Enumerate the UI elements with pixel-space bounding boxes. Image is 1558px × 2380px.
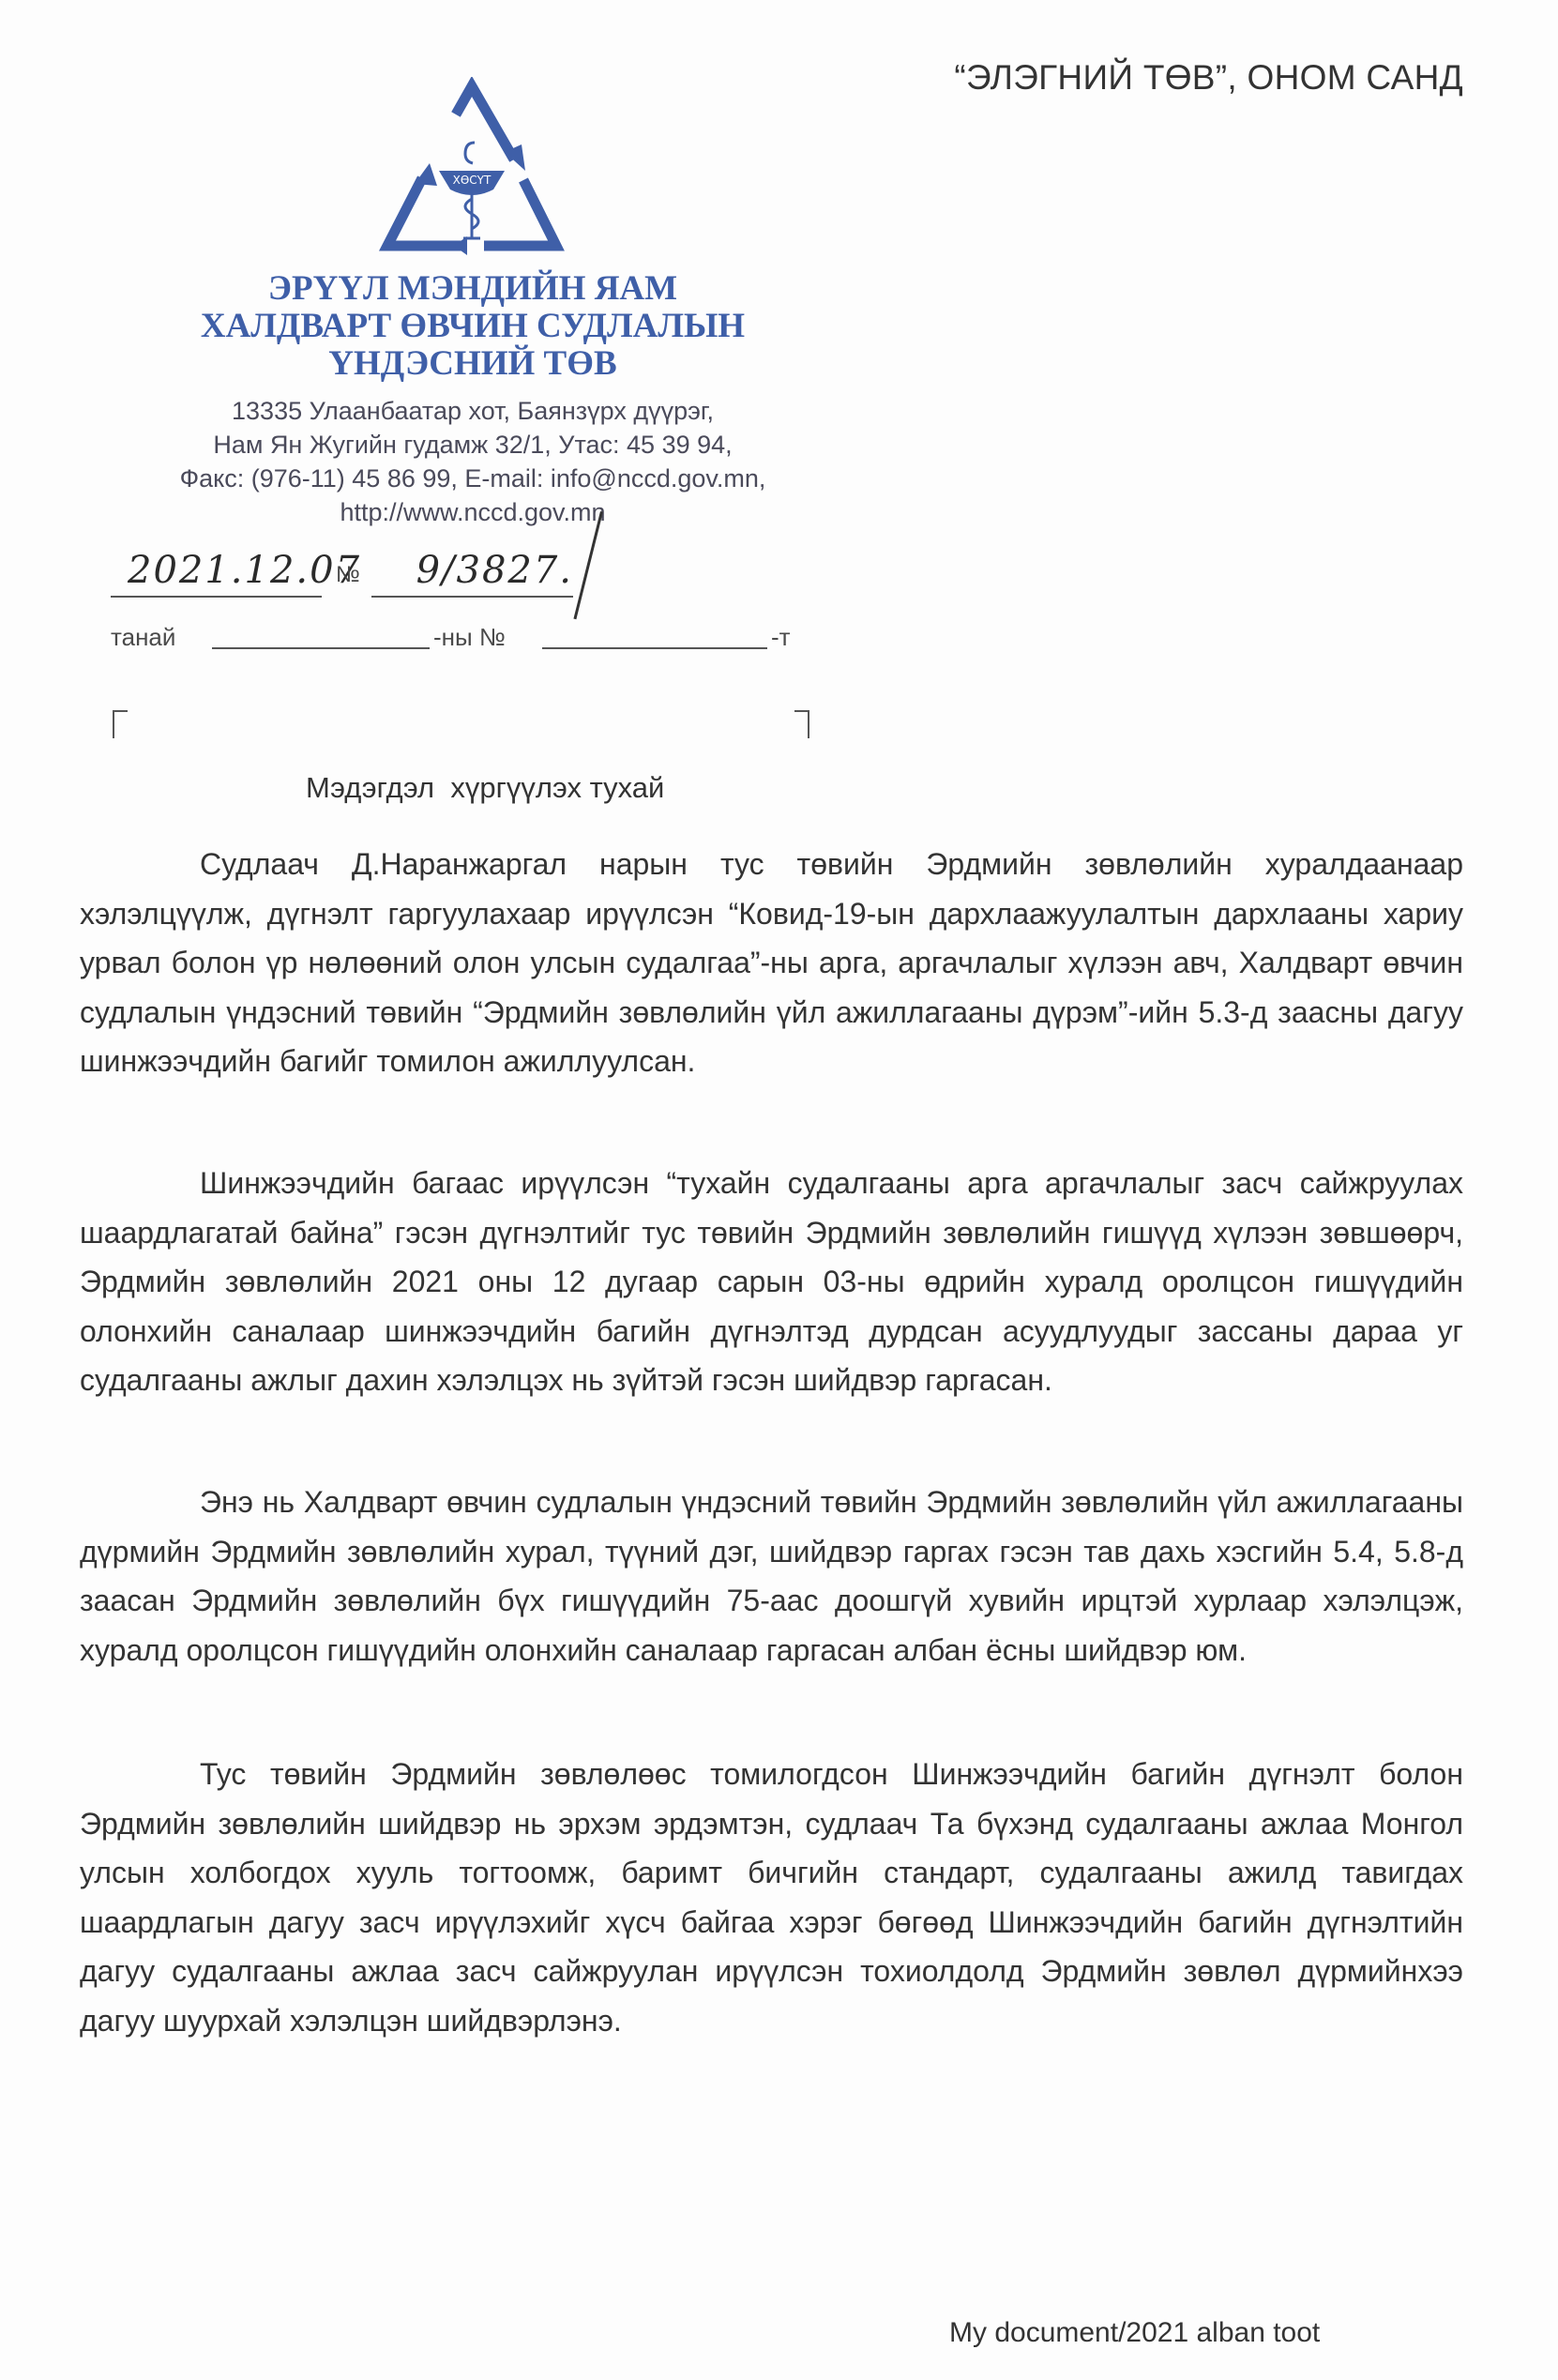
body-paragraph-1: Судлаач Д.Наранжаргал нарын тус төвийн Э… (80, 840, 1463, 1086)
org-line-3: ҮНДЭСНИЙ ТӨВ (94, 345, 852, 383)
address-corner-right (794, 710, 809, 738)
body-paragraph-2: Шинжээчдийн багаас ирүүлсэн “тухайн суда… (80, 1159, 1463, 1405)
body-paragraph-4: Тус төвийн Эрдмийн зөвлөлөөс томилогдсон… (80, 1750, 1463, 2045)
address-line-1: 13335 Улаанбаатар хот, Баянзүрх дүүрэг, (94, 394, 852, 428)
footer-file-path: My document/2021 alban toot (949, 2317, 1320, 2349)
your-ref-date-blank (212, 647, 430, 649)
reference-number-field: 9/3827. (371, 539, 573, 598)
triangle-caduceus-logo-icon: ХӨСҮТ (373, 77, 570, 265)
address-corner-left (113, 710, 128, 738)
body-paragraph-3: Энэ нь Халдварт өвчин судлалын үндэсний … (80, 1478, 1463, 1675)
recipient-name: “ЭЛЭГНИЙ ТӨВ”, ОНОМ САНД (900, 58, 1463, 98)
letter-subject: Мэдэгдэл хүргүүлэх тухай (306, 771, 664, 805)
address-line-4: http://www.nccd.gov.mn (94, 495, 852, 529)
address-line-3: Факс: (976-11) 45 86 99, E-mail: info@nc… (94, 462, 852, 495)
organization-name: ЭРҮҮЛ МЭНДИЙН ЯАМ ХАЛДВАРТ ӨВЧИН СУДЛАЛЫ… (94, 270, 852, 383)
your-ref-middle: -ны № (433, 623, 506, 652)
org-line-1: ЭРҮҮЛ МЭНДИЙН ЯАМ (94, 270, 852, 308)
logo-label: ХӨСҮТ (453, 174, 492, 187)
letter-page: “ЭЛЭГНИЙ ТӨВ”, ОНОМ САНД ХӨСҮТ ЭРҮҮЛ МЭ (0, 0, 1558, 2380)
org-line-2: ХАЛДВАРТ ӨВЧИН СУДЛАЛЫН (94, 308, 852, 345)
your-ref-prefix: танай (111, 623, 175, 652)
address-line-2: Нам Ян Жугийн гудамж 32/1, Утас: 45 39 9… (94, 428, 852, 462)
number-label: № (336, 562, 360, 588)
organization-address: 13335 Улаанбаатар хот, Баянзүрх дүүрэг, … (94, 394, 852, 529)
handwritten-reference-number: 9/3827. (416, 549, 573, 592)
handwritten-date: 2021.12.07 (128, 549, 361, 592)
reference-row: 2021.12.07 № 9/3827. (111, 539, 842, 596)
your-reference-row: танай -ны № -т (111, 619, 842, 657)
date-field: 2021.12.07 (111, 539, 322, 598)
your-ref-number-blank (542, 647, 767, 649)
your-ref-suffix: -т (771, 623, 791, 652)
